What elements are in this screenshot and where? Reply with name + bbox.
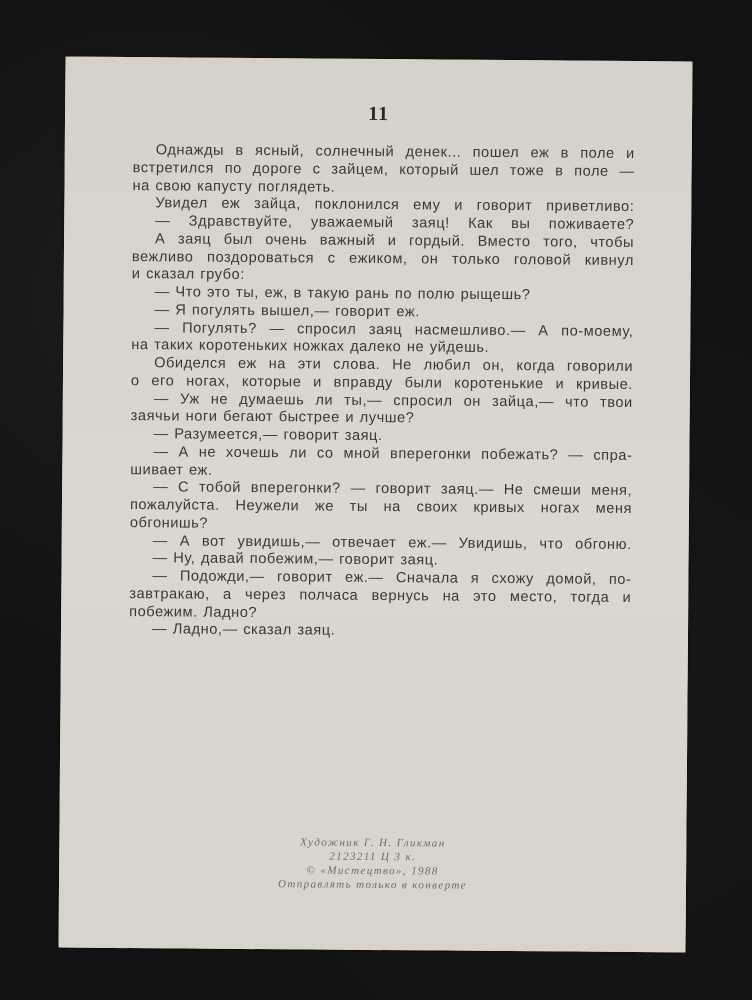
imprint-block: Художник Г. Н. Гликман 2123211 Ц 3 к. © …	[59, 834, 686, 895]
page-number: 11	[65, 101, 692, 129]
story-text: Однажды в ясный, солнечный денек... поше…	[129, 142, 635, 643]
postcard-page: 11 Однажды в ясный, солнечный денек... п…	[59, 57, 693, 953]
story-line: — Ладно,— сказал заяц.	[129, 621, 631, 643]
